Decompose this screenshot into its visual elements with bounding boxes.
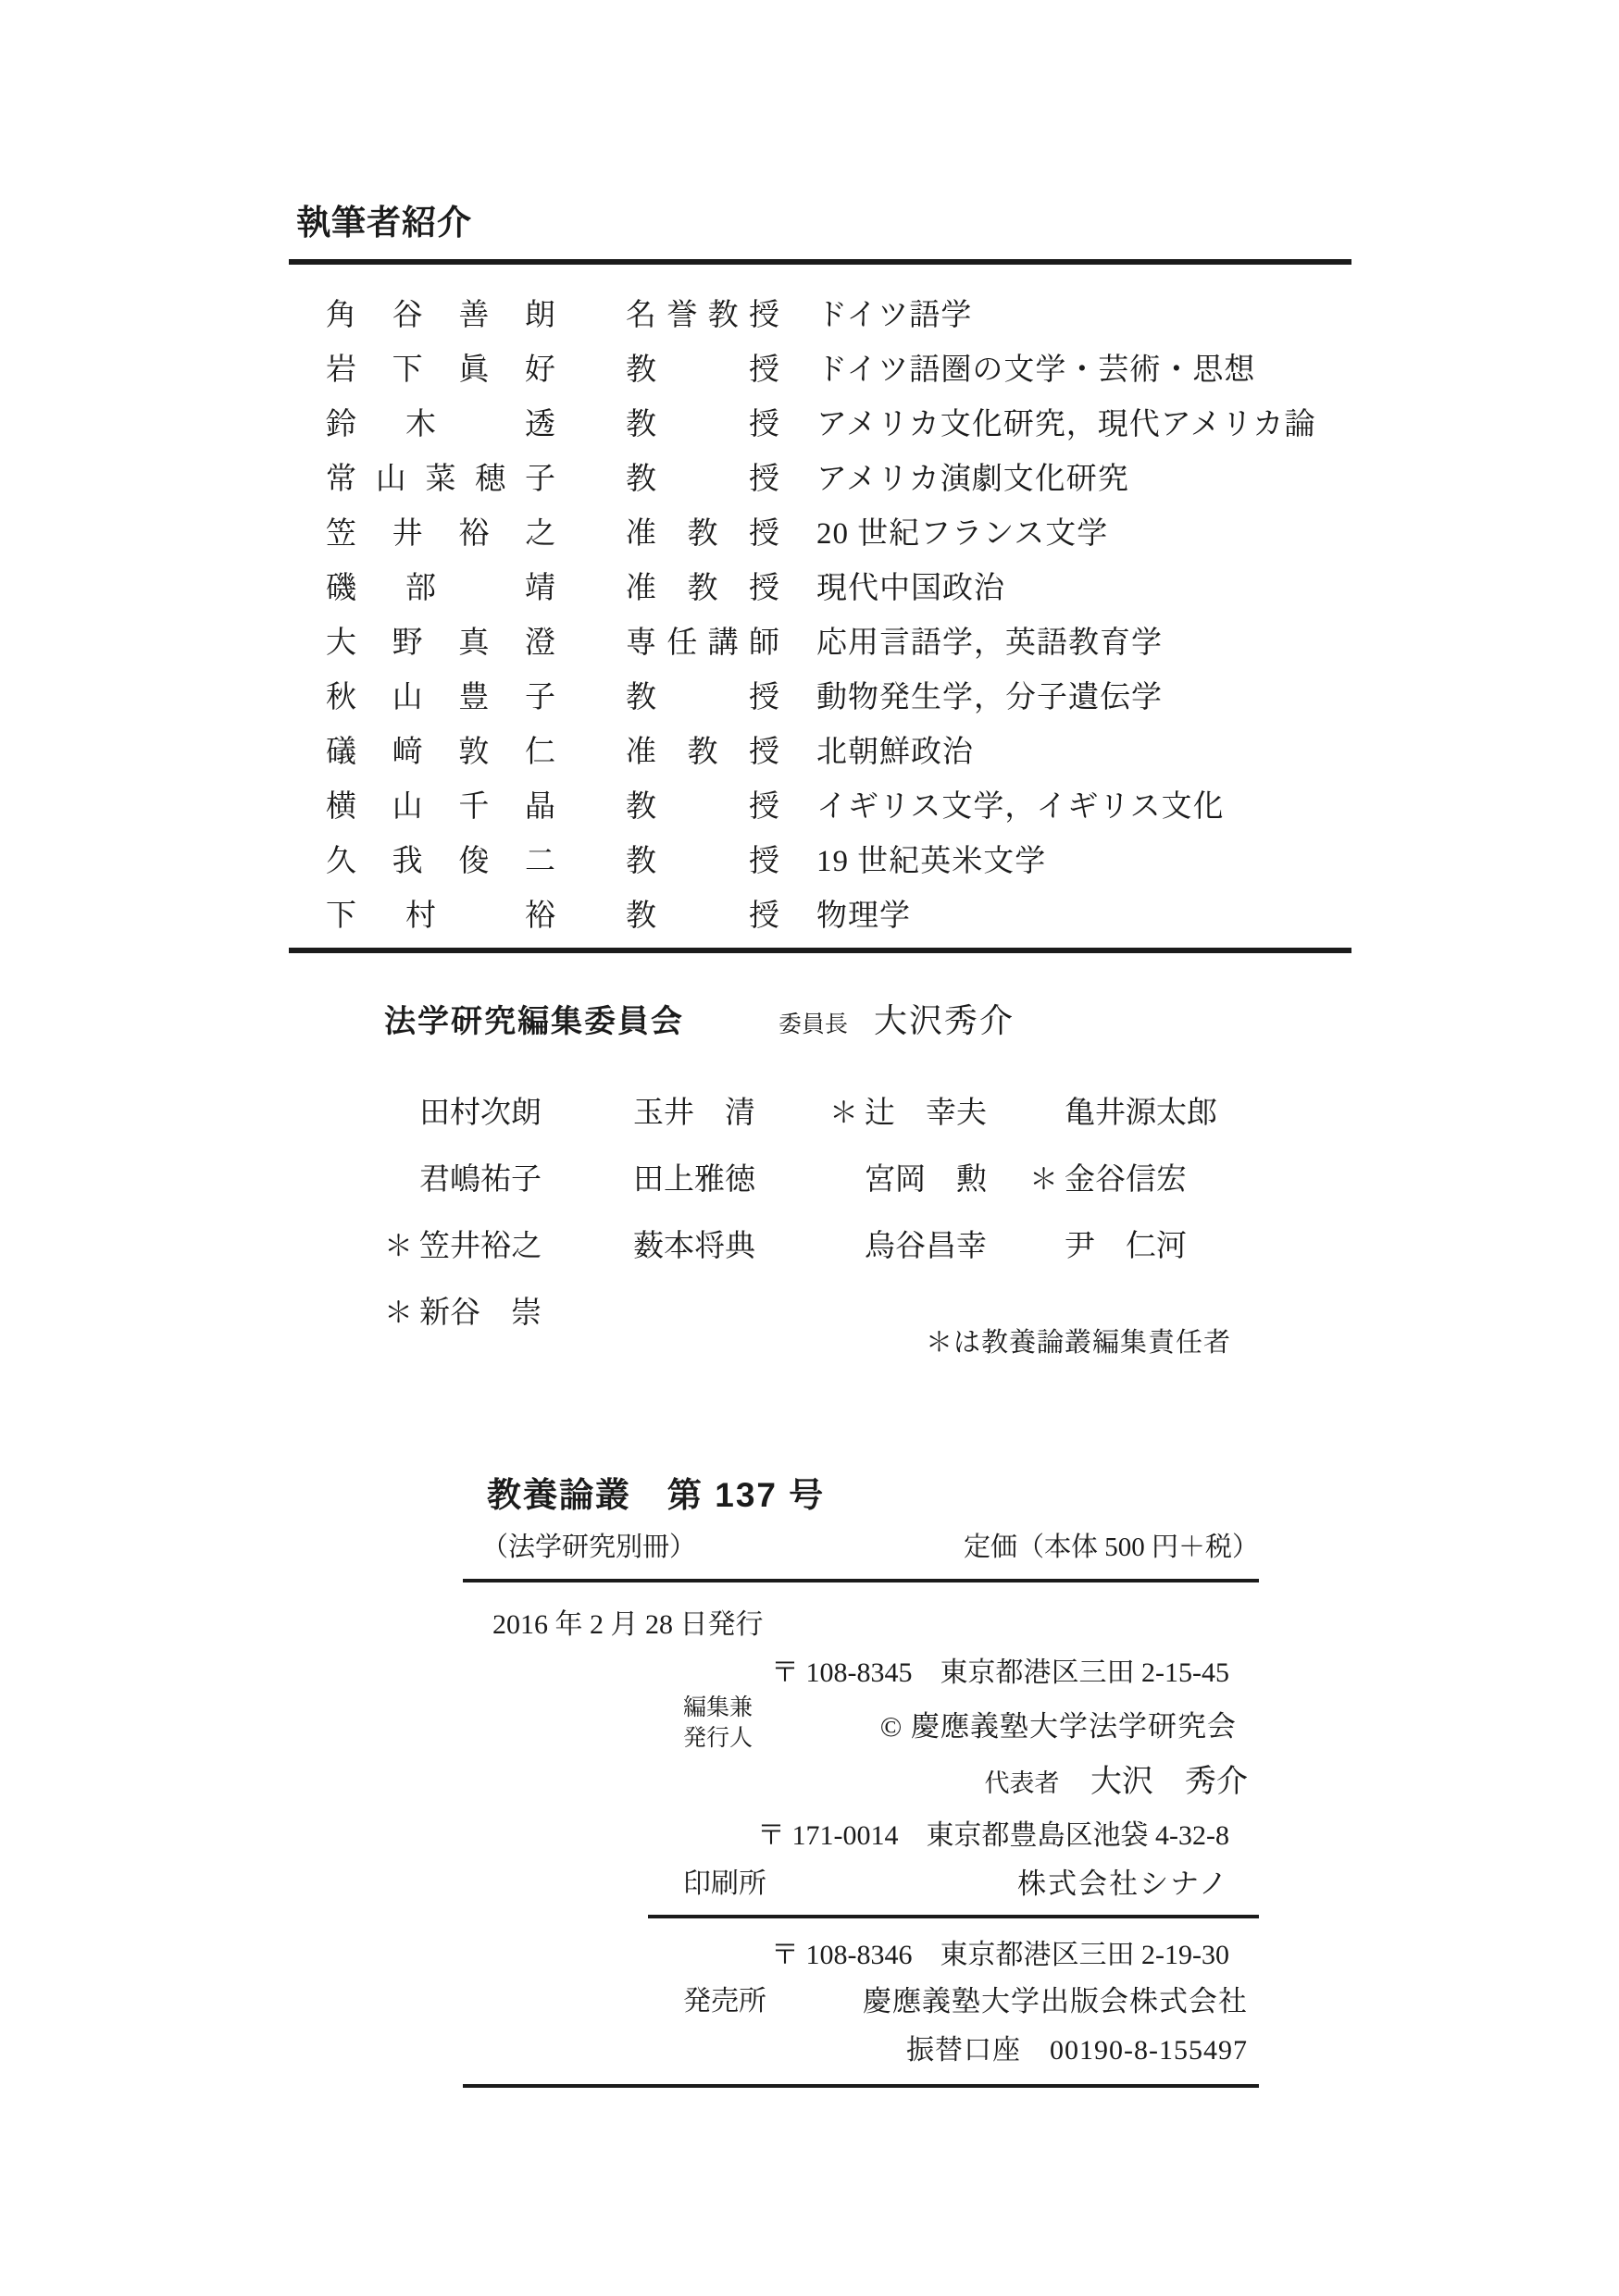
editor-star-mark: ＊ — [1029, 1156, 1065, 1198]
star-note: ＊は教養論叢編集責任者 — [463, 1322, 1245, 1359]
editor-publisher-row: 編集兼 発行人 © 慶應義塾大学法学研究会 — [463, 1694, 1259, 1754]
contributor-row: 岩 下 眞 好 教 授 ドイツ語圏の文学・芸術・思想 — [289, 340, 1351, 394]
committee-member-name: 辻 幸夫 — [865, 1088, 987, 1132]
committee-member: 薮本将典 — [598, 1222, 829, 1265]
contributor-specialty: 現代中国政治 — [816, 564, 1005, 607]
contributor-position: 准 教 授 — [626, 509, 779, 552]
contributor-position: 名誉教授 — [626, 291, 779, 334]
editor-star-mark: ＊ — [384, 1289, 419, 1331]
postal-account: 振替口座 00190-8-155497 — [463, 2027, 1259, 2067]
contributor-row: 笠 井 裕 之 准 教 授 20 世紀フランス文学 — [289, 503, 1351, 558]
committee-member: ＊ 辻 幸夫 — [829, 1088, 1029, 1132]
contributor-row: 秋 山 豊 子 教 授 動物発生学，分子遺伝学 — [289, 667, 1351, 722]
publisher-name: © 慶應義塾大学法学研究会 — [753, 1703, 1259, 1744]
publisher-address: 〒 108-8345 東京都港区三田 2-15-45 — [463, 1649, 1259, 1690]
top-rule — [289, 259, 1351, 265]
contributor-position: 教 授 — [626, 345, 779, 389]
committee-member-name: 宮岡 勲 — [865, 1155, 987, 1198]
contributor-specialty: イギリス文学，イギリス文化 — [816, 782, 1225, 825]
committee-member-name: 薮本将典 — [633, 1222, 755, 1265]
committee-header: 法学研究編集委員会 委員長 大沢秀介 — [384, 995, 1310, 1042]
representative-label: 代表者 — [985, 1769, 1060, 1797]
price: 定価（本体 500 円＋税） — [964, 1526, 1259, 1564]
colophon-page: 執筆者紹介 角 谷 善 朗 名誉教授 ドイツ語学 岩 下 眞 好 教 授 ドイツ… — [0, 0, 1619, 2296]
contributor-specialty: アメリカ文化研究，現代アメリカ論 — [816, 400, 1315, 443]
contributor-name: 礒 﨑 敦 仁 — [326, 727, 555, 771]
contributor-name: 鈴 木 透 — [326, 400, 555, 443]
committee-member-name: 烏谷昌幸 — [865, 1222, 987, 1265]
committee-member: 田村次朗 — [384, 1088, 598, 1132]
committee-members-grid: 田村次朗 玉井 清 ＊ 辻 幸夫 亀井源太郎 — [384, 1088, 1310, 1332]
contributor-row: 磯 部 靖 准 教 授 現代中国政治 — [289, 558, 1351, 613]
colophon-rule-1 — [463, 1579, 1259, 1582]
journal-title: 教養論叢 第 137 号 — [487, 1467, 1259, 1517]
contributor-specialty: アメリカ演劇文化研究 — [816, 454, 1129, 498]
colophon-rule-3 — [463, 2084, 1259, 2088]
contributor-name: 秋 山 豊 子 — [326, 673, 555, 716]
contributor-specialty: 北朝鮮政治 — [816, 727, 974, 771]
committee-member-name: 玉井 清 — [633, 1088, 755, 1132]
journal-subtitle: （法学研究別冊） — [481, 1526, 696, 1564]
contributor-row: 横 山 千 晶 教 授 イギリス文学，イギリス文化 — [289, 776, 1351, 831]
contributor-row: 大 野 真 澄 専任講師 応用言語学，英語教育学 — [289, 613, 1351, 667]
contributor-row: 角 谷 善 朗 名誉教授 ドイツ語学 — [289, 285, 1351, 340]
contributor-specialty: 20 世紀フランス文学 — [816, 509, 1108, 552]
seller-label: 発売所 — [683, 1978, 766, 2019]
contributor-position: 教 授 — [626, 837, 779, 880]
seller-row: 発売所 慶應義塾大学出版会株式会社 — [463, 1978, 1259, 2019]
contributors-table: 角 谷 善 朗 名誉教授 ドイツ語学 岩 下 眞 好 教 授 ドイツ語圏の文学・… — [289, 285, 1351, 940]
committee-member: 田上雅徳 — [598, 1155, 829, 1198]
committee-member: 烏谷昌幸 — [829, 1222, 1029, 1265]
contributor-position: 教 授 — [626, 782, 779, 825]
representative-name: 大沢 秀介 — [1090, 1765, 1248, 1799]
committee-member-name: 笠井裕之 — [419, 1222, 542, 1265]
editor-label-line2: 発行人 — [683, 1724, 753, 1755]
contributor-specialty: ドイツ語圏の文学・芸術・思想 — [816, 345, 1255, 389]
editor-star-mark: ＊ — [384, 1222, 419, 1264]
contributor-row: 久 我 俊 二 教 授 19 世紀英米文学 — [289, 831, 1351, 886]
contributor-row: 下 村 裕 教 授 物理学 — [289, 886, 1351, 940]
subtitle-price-row: （法学研究別冊） 定価（本体 500 円＋税） — [463, 1526, 1259, 1564]
contributor-name: 磯 部 靖 — [326, 564, 555, 607]
committee-member: 玉井 清 — [598, 1088, 829, 1132]
committee-member: ＊ 金谷信宏 — [1029, 1155, 1310, 1198]
contributor-position: 教 授 — [626, 400, 779, 443]
printer-row: 印刷所 株式会社シナノ — [463, 1860, 1259, 1902]
printer-name: 株式会社シナノ — [766, 1860, 1259, 1902]
contributor-position: 教 授 — [626, 891, 779, 935]
committee-member: 宮岡 勲 — [829, 1155, 1029, 1198]
contributor-position: 准 教 授 — [626, 727, 779, 771]
seller-name: 慶應義塾大学出版会株式会社 — [766, 1978, 1259, 2019]
committee-member: 亀井源太郎 — [1029, 1088, 1310, 1132]
committee-member: 君嶋祐子 — [384, 1155, 598, 1198]
chair-label: 委員長 — [778, 1006, 848, 1039]
contributor-row: 礒 﨑 敦 仁 准 教 授 北朝鮮政治 — [289, 722, 1351, 776]
contributor-name: 横 山 千 晶 — [326, 782, 555, 825]
chair-name: 大沢秀介 — [874, 995, 1015, 1042]
contributor-name: 岩 下 眞 好 — [326, 345, 555, 389]
editor-label-line1: 編集兼 — [683, 1694, 753, 1724]
seller-address: 〒 108-8346 東京都港区三田 2-19-30 — [463, 1931, 1259, 1972]
contributor-name: 大 野 真 澄 — [326, 618, 555, 662]
contributor-position: 専任講師 — [626, 618, 779, 662]
committee-member: ＊ 笠井裕之 — [384, 1222, 598, 1265]
contributor-specialty: 19 世紀英米文学 — [816, 837, 1046, 880]
printer-address: 〒 171-0014 東京都豊島区池袋 4-32-8 — [463, 1812, 1259, 1853]
contributor-name: 常山菜穂子 — [326, 454, 555, 498]
contributor-position: 准 教 授 — [626, 564, 779, 607]
committee-member: 尹 仁河 — [1029, 1222, 1310, 1265]
contributor-specialty: 物理学 — [816, 891, 911, 935]
committee-member-name: 田上雅徳 — [633, 1155, 755, 1198]
editor-label: 編集兼 発行人 — [683, 1694, 753, 1754]
contributor-row: 鈴 木 透 教 授 アメリカ文化研究，現代アメリカ論 — [289, 394, 1351, 449]
contributor-specialty: 動物発生学，分子遺伝学 — [816, 673, 1163, 716]
committee-member-name: 田村次朗 — [419, 1088, 542, 1132]
committee-member-name: 尹 仁河 — [1065, 1222, 1187, 1265]
committee-member-name: 金谷信宏 — [1065, 1155, 1187, 1198]
contributor-name: 笠 井 裕 之 — [326, 509, 555, 552]
bottom-rule — [289, 948, 1351, 953]
publication-colophon: 教養論叢 第 137 号 （法学研究別冊） 定価（本体 500 円＋税） 201… — [463, 1467, 1259, 2088]
contributor-specialty: 応用言語学，英語教育学 — [816, 618, 1163, 662]
committee-member-name: 亀井源太郎 — [1065, 1088, 1217, 1132]
contributor-row: 常山菜穂子 教 授 アメリカ演劇文化研究 — [289, 449, 1351, 503]
contributor-name: 角 谷 善 朗 — [326, 291, 555, 334]
printer-label: 印刷所 — [683, 1860, 766, 1902]
issue-date: 2016 年 2 月 28 日発行 — [492, 1601, 1259, 1642]
contributor-position: 教 授 — [626, 454, 779, 498]
editorial-committee-section: 法学研究編集委員会 委員長 大沢秀介 田村次朗 玉井 清 ＊ 辻 幸夫 — [384, 995, 1310, 1332]
committee-member-name: 君嶋祐子 — [419, 1155, 542, 1198]
contributors-section: 執筆者紹介 角 谷 善 朗 名誉教授 ドイツ語学 岩 下 眞 好 教 授 ドイツ… — [289, 194, 1351, 953]
contributors-heading: 執筆者紹介 — [296, 194, 1351, 244]
contributor-specialty: ドイツ語学 — [816, 291, 972, 334]
contributor-position: 教 授 — [626, 673, 779, 716]
colophon-rule-2 — [648, 1915, 1259, 1918]
committee-title: 法学研究編集委員会 — [384, 996, 684, 1041]
contributor-name: 久 我 俊 二 — [326, 837, 555, 880]
representative-row: 代表者 大沢 秀介 — [463, 1756, 1259, 1801]
editor-star-mark: ＊ — [829, 1089, 865, 1131]
contributor-name: 下 村 裕 — [326, 891, 555, 935]
